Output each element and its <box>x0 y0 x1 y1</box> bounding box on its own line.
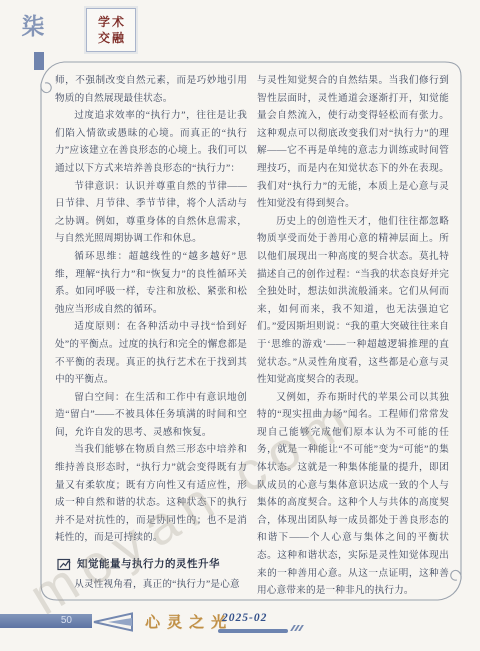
column-tag-line1: 学术 <box>96 14 126 30</box>
article-column-right: 与灵性知觉契合的自然结果。当我们修行到智性层面时，灵性通道会逐渐打开，知觉能量会… <box>257 72 449 600</box>
trend-chart-icon <box>57 557 71 571</box>
magazine-page: 柒 学术 交融 师，不强制改变自然元素，而是巧妙地引用物质的自然展现最佳状态。 … <box>0 0 480 651</box>
paragraph: 留白空间：在生活和工作中有意识地创造“留白”——不被具体任务填满的时间和空间，允… <box>55 389 247 442</box>
paragraph: 师，不强制改变自然元素，而是巧妙地引用物质的自然展现最佳状态。 <box>55 72 247 107</box>
paragraph: 适度原则：在各种活动中寻找“恰到好处”的平衡点。过度的执行和完全的懈怠都是不平衡… <box>55 318 247 388</box>
tick-marks <box>292 625 302 631</box>
article-column-left: 师，不强制改变自然元素，而是巧妙地引用物质的自然展现最佳状态。 过度追求效率的“… <box>55 72 247 600</box>
chapter-marker: 柒 <box>20 14 46 40</box>
paragraph: 又例如，乔布斯时代的苹果公司以其独特的“现实扭曲力场”闻名。工程师们常常发现自己… <box>257 389 449 600</box>
paragraph: 从灵性视角看，真正的“执行力”是心意 <box>55 576 247 594</box>
back-arrow-icon <box>88 612 134 632</box>
article-body: 师，不强制改变自然元素，而是巧妙地引用物质的自然展现最佳状态。 过度追求效率的“… <box>40 62 463 600</box>
paragraph: 节律意识：认识并尊重自然的节律——日节律、月节律、季节节律，将个人活动与之协调。… <box>55 178 247 248</box>
page-number-bar: 50 <box>0 614 92 628</box>
paragraph: 与灵性知觉契合的自然结果。当我们修行到智性层面时，灵性通道会逐渐打开，知觉能量会… <box>257 72 449 213</box>
column-tag-line2: 交融 <box>96 30 126 46</box>
page-number: 50 <box>61 615 72 626</box>
paragraph: 过度追求效率的“执行力”，往往是让我们陷入情欲或愚昧的心境。而真正的“执行力”应… <box>55 107 247 177</box>
section-heading-label: 知觉能量与执行力的灵性升华 <box>77 556 220 571</box>
column-tag-box: 学术 交融 <box>86 8 136 52</box>
paragraph: 历史上的创造性天才，他们往往都忽略物质享受而处于善用心意的精神层面上。所以他们展… <box>257 213 449 389</box>
section-heading: 知觉能量与执行力的灵性升华 <box>57 556 247 571</box>
paragraph: 循环思维：超越线性的“越多越好”思维，理解“执行力”和“恢复力”的良性循环关系。… <box>55 248 247 318</box>
page-footer: 50 心灵之光 2025-02 <box>0 608 480 638</box>
paragraph: 当我们能够在物质自然三形态中培养和维持善良形态时，“执行力”就会变得既有力量又有… <box>55 441 247 547</box>
issue-number: 2025-02 <box>222 612 267 624</box>
issue-underline <box>218 629 288 633</box>
